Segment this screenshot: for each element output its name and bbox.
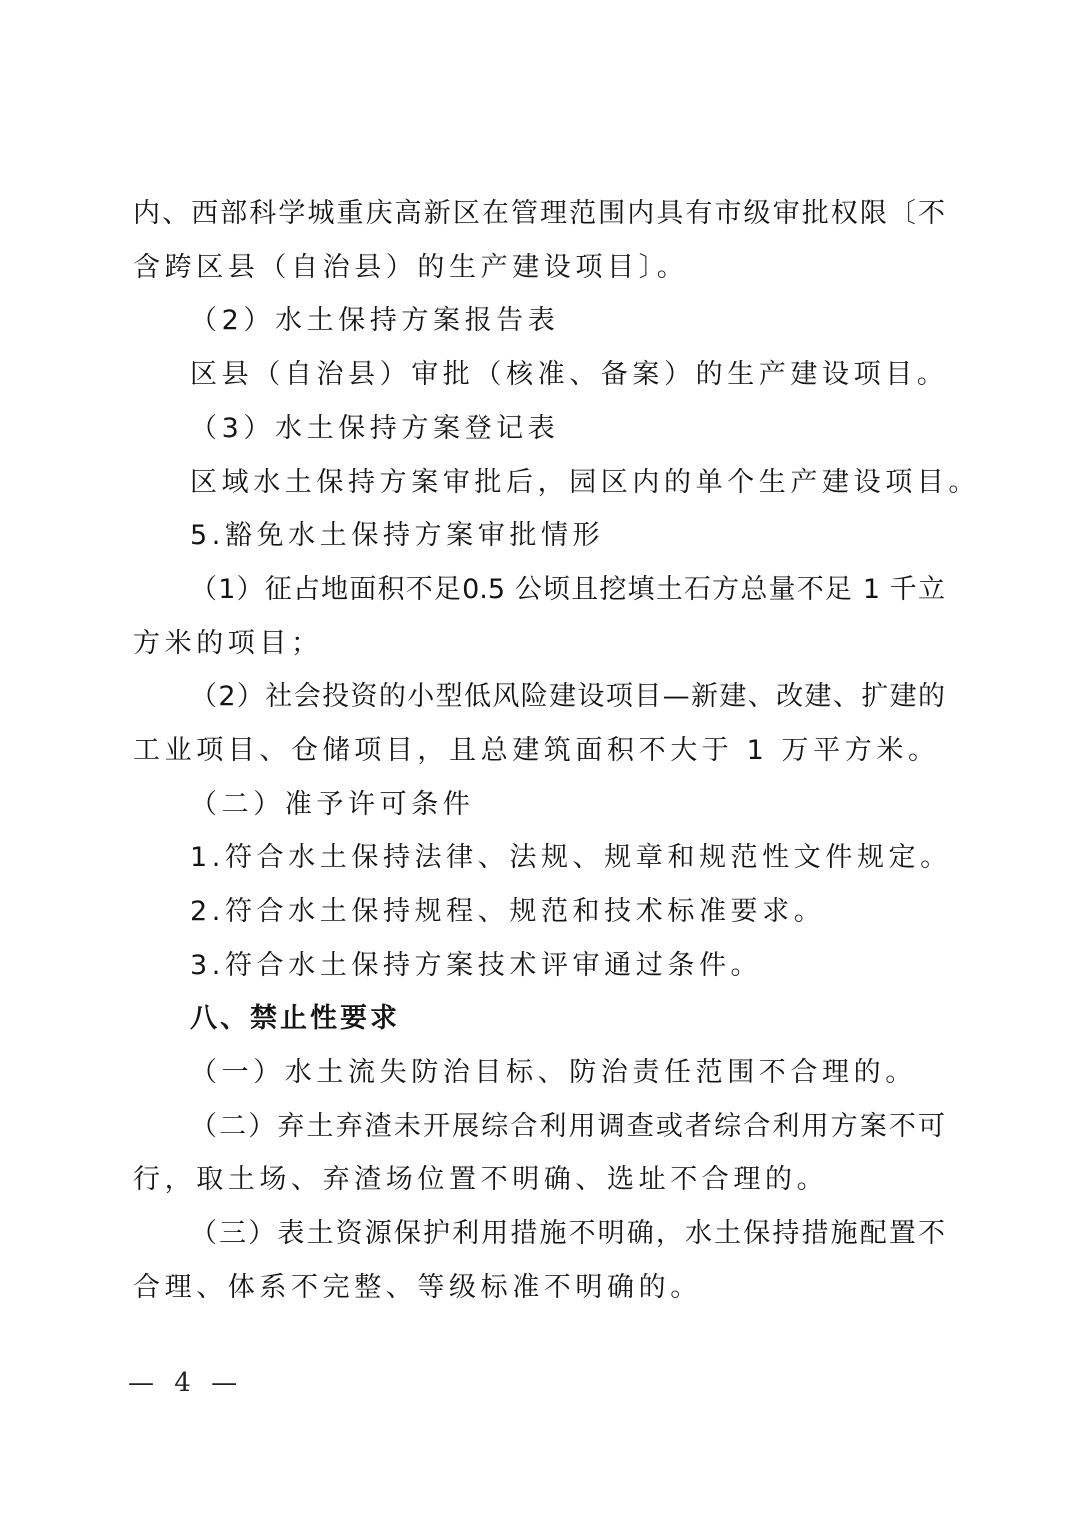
text-line: （二）准予许可条件 <box>190 788 945 822</box>
text-line: 合理、体系不完整、等级标准不明确的。 <box>133 1271 945 1305</box>
text-line: 行，取土场、弃渣场位置不明确、选址不合理的。 <box>133 1163 945 1197</box>
text-line: （二）弃土弃渣未开展综合利用调查或者综合利用方案不可 <box>190 1110 945 1144</box>
text-line: 5.豁免水土保持方案审批情形 <box>190 519 945 553</box>
text-line: （一）水土流失防治目标、防治责任范围不合理的。 <box>190 1056 945 1090</box>
text-line: 工业项目、仓储项目，且总建筑面积不大于 1 万平方米。 <box>133 734 945 768</box>
text-line: （3）水土保持方案登记表 <box>190 412 945 446</box>
text-line: （三）表土资源保护利用措施不明确，水土保持措施配置不 <box>190 1217 945 1251</box>
text-line: （2）社会投资的小型低风险建设项目—新建、改建、扩建的 <box>190 680 945 714</box>
text-line: 含跨区县（自治县）的生产建设项目〕。 <box>133 251 945 285</box>
text-line: 2.符合水土保持规程、规范和技术标准要求。 <box>190 895 945 929</box>
text-line: （2）水土保持方案报告表 <box>190 304 945 338</box>
document-page: 内、西部科学城重庆高新区在管理范围内具有市级审批权限〔不含跨区县（自治县）的生产… <box>0 0 1075 1519</box>
text-line: 区域水土保持方案审批后，园区内的单个生产建设项目。 <box>190 466 945 500</box>
section-heading: 八、禁止性要求 <box>190 1002 945 1036</box>
page-number: — 4 — <box>128 1368 243 1398</box>
text-line: 3.符合水土保持方案技术评审通过条件。 <box>190 949 945 983</box>
text-line: 1.符合水土保持法律、法规、规章和规范性文件规定。 <box>190 841 945 875</box>
text-line: 区县（自治县）审批（核准、备案）的生产建设项目。 <box>190 358 945 392</box>
text-line: 内、西部科学城重庆高新区在管理范围内具有市级审批权限〔不 <box>133 197 945 231</box>
text-line: （1）征占地面积不足0.5 公顷且挖填土石方总量不足 1 千立 <box>190 573 945 607</box>
text-line: 方米的项目； <box>133 627 945 661</box>
